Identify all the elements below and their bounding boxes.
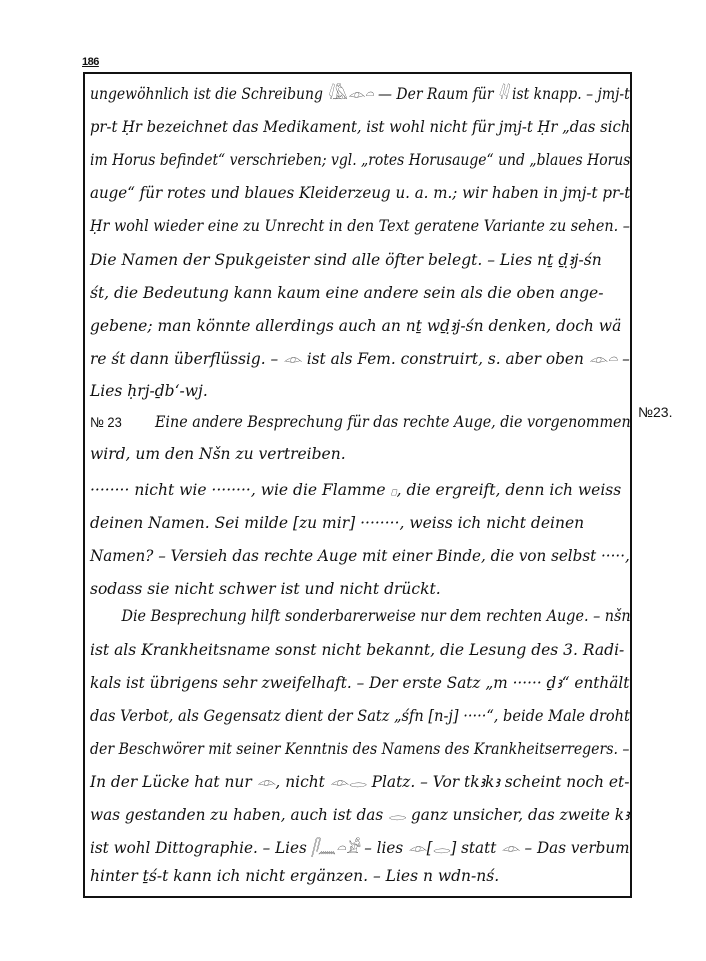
line-text: gebene; man könnte allerdings auch an nṯ… <box>90 317 621 335</box>
text-line: ist als Krankheitsname sonst nicht bekan… <box>90 640 624 660</box>
text-line: hinter ṯś-t kann ich nicht ergänzen. – L… <box>90 866 499 886</box>
text-line: sodass sie nicht schwer ist und nicht dr… <box>90 579 441 599</box>
line-text: ist wohl Dittographie. – Lies 𓋴𓈖𓏏𓀀 – lie… <box>90 839 630 857</box>
text-line: pr-t Ḥr bezeichnet das Medikament, ist w… <box>90 117 630 137</box>
line-text: auge“ für rotes und blaues Kleiderzeug u… <box>90 184 630 202</box>
text-line: ist wohl Dittographie. – Lies 𓋴𓈖𓏏𓀀 – lie… <box>90 838 630 858</box>
text-line: Die Namen der Spukgeister sind alle öfte… <box>90 250 602 270</box>
line-text: ist als Krankheitsname sonst nicht bekan… <box>90 641 624 659</box>
line-text: In der Lücke hat nur 𓁹, nicht 𓁹𓂋 Platz. … <box>90 773 629 791</box>
line-text: Lies ḥrj-ḏb‘-wj. <box>90 382 208 400</box>
line-text: ungewöhnlich ist die Schreibung 𓇋𓅓𓁹𓏏 — D… <box>90 85 630 103</box>
text-line: auge“ für rotes und blaues Kleiderzeug u… <box>90 183 630 203</box>
text-line: № 23Eine andere Besprechung für das rech… <box>90 412 631 432</box>
text-line: das Verbot, als Gegensatz dient der Satz… <box>90 706 630 726</box>
line-text: Die Besprechung hilft sonderbarerweise n… <box>121 607 630 625</box>
page-number: 186 <box>82 56 99 68</box>
line-text: deinen Namen. Sei milde [zu mir] ·······… <box>90 514 584 532</box>
line-text: was gestanden zu haben, auch ist das 𓂋 g… <box>90 806 629 824</box>
text-line: deinen Namen. Sei milde [zu mir] ·······… <box>90 513 584 533</box>
text-line: ungewöhnlich ist die Schreibung 𓇋𓅓𓁹𓏏 — D… <box>90 84 630 104</box>
line-text: re śt dann überflüssig. – 𓁹 ist als Fem.… <box>90 350 630 368</box>
text-line: der Beschwörer mit seiner Kenntnis des N… <box>90 739 629 759</box>
line-text: Die Namen der Spukgeister sind alle öfte… <box>90 251 602 269</box>
entry-number: № 23 <box>90 414 122 430</box>
text-line: Die Besprechung hilft sonderbarerweise n… <box>90 606 631 626</box>
text-line: śt, die Bedeutung kann kaum eine andere … <box>90 283 603 303</box>
line-text: das Verbot, als Gegensatz dient der Satz… <box>90 707 630 725</box>
line-text: pr-t Ḥr bezeichnet das Medikament, ist w… <box>90 118 630 136</box>
line-text: Ḥr wohl wieder eine zu Unrecht in den Te… <box>90 217 630 235</box>
margin-entry-number: №23. <box>638 404 672 420</box>
line-text: kals ist übrigens sehr zweifelhaft. – De… <box>90 674 629 692</box>
text-line: In der Lücke hat nur 𓁹, nicht 𓁹𓂋 Platz. … <box>90 772 629 792</box>
text-line: Namen? – Versieh das rechte Auge mit ein… <box>90 546 630 566</box>
line-text: śt, die Bedeutung kann kaum eine andere … <box>90 284 603 302</box>
text-line: Ḥr wohl wieder eine zu Unrecht in den Te… <box>90 216 630 236</box>
line-text: hinter ṯś-t kann ich nicht ergänzen. – L… <box>90 867 499 885</box>
line-text: Eine andere Besprechung für das rechte A… <box>155 413 631 431</box>
text-line: Lies ḥrj-ḏb‘-wj. <box>90 381 208 401</box>
line-text: Namen? – Versieh das rechte Auge mit ein… <box>90 547 630 565</box>
line-text: im Horus befindet“ verschrieben; vgl. „r… <box>90 151 630 169</box>
line-text: der Beschwörer mit seiner Kenntnis des N… <box>90 740 629 758</box>
text-line: wird, um den Nšn zu vertreiben. <box>90 444 346 464</box>
text-line: im Horus befindet“ verschrieben; vgl. „r… <box>90 150 630 170</box>
line-text: wird, um den Nšn zu vertreiben. <box>90 445 346 463</box>
text-line: gebene; man könnte allerdings auch an nṯ… <box>90 316 621 336</box>
text-line: kals ist übrigens sehr zweifelhaft. – De… <box>90 673 629 693</box>
line-text: ········ nicht wie ········, wie die Fla… <box>90 481 621 499</box>
text-line: ········ nicht wie ········, wie die Fla… <box>90 480 621 500</box>
line-text: sodass sie nicht schwer ist und nicht dr… <box>90 580 441 598</box>
text-line: re śt dann überflüssig. – 𓁹 ist als Fem.… <box>90 349 630 369</box>
text-line: was gestanden zu haben, auch ist das 𓂋 g… <box>90 805 629 825</box>
